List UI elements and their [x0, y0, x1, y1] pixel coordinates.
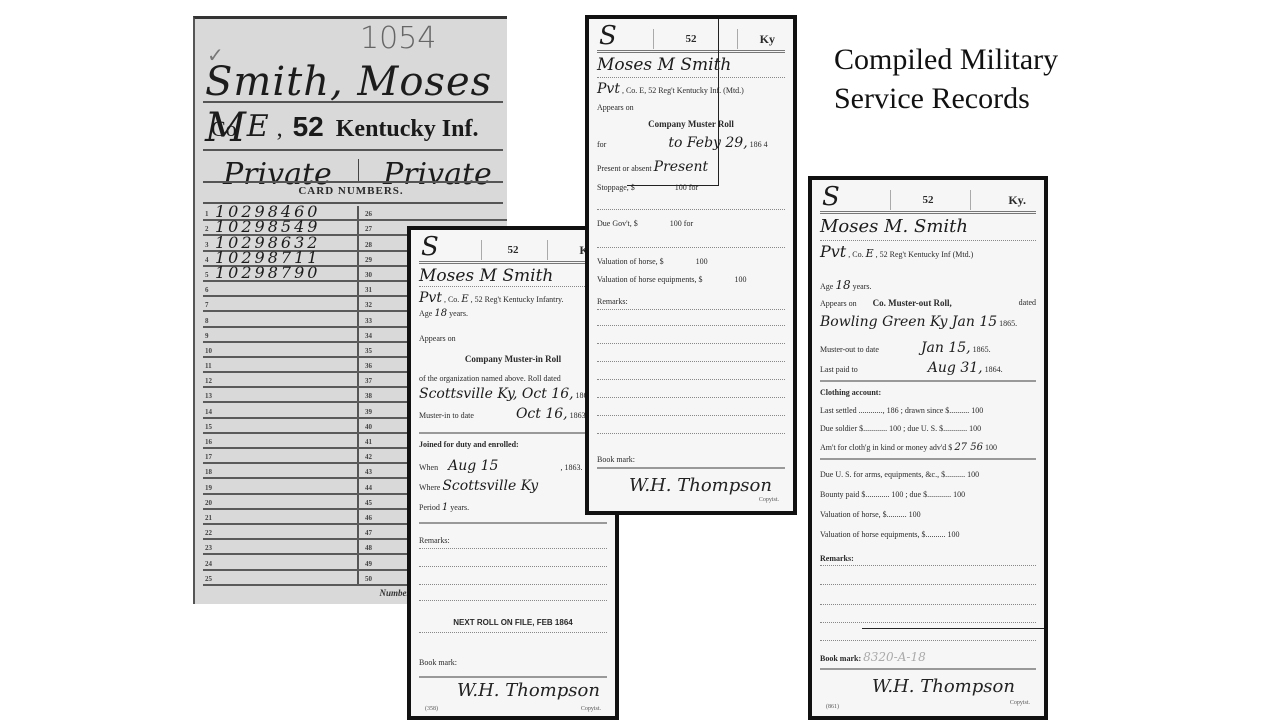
co-label: Co	[211, 116, 237, 141]
soldier-name: Moses M. Smith	[820, 216, 1036, 237]
last-settled: Last settled ............, 186 ; drawn s…	[820, 406, 1036, 415]
appears-on: Appears on	[820, 299, 857, 308]
age-label: Age	[820, 282, 833, 291]
period-value: 1	[442, 502, 448, 513]
roll-place-date: Scottsville Ky, Oct 16,	[419, 386, 574, 402]
due-soldier: Due soldier $............ 100 ; due U. S…	[820, 424, 1036, 433]
divider	[203, 149, 503, 151]
row-number: 48	[365, 544, 372, 552]
company: E	[866, 247, 874, 260]
rank: Pvt	[820, 242, 846, 261]
card-header: S 52 Ky.	[419, 236, 607, 264]
horse-label: Valuation of horse, $	[597, 257, 664, 266]
appears-on: Appears on	[419, 334, 607, 343]
clothing-label: Clothing account:	[820, 388, 1036, 397]
title-line-1: Compiled Military	[834, 40, 1058, 79]
row-number: 35	[365, 347, 372, 355]
row-number: 32	[365, 301, 372, 309]
row-number: 14	[205, 408, 212, 416]
roll-dated-text: of the organization named above. Roll da…	[419, 374, 607, 383]
last-paid-label: Last paid to	[820, 365, 858, 374]
row-number: 3	[205, 241, 209, 249]
last-paid-date: Aug 31,	[928, 360, 983, 376]
for-label: for	[597, 140, 606, 149]
due-govt-suffix: 100 for	[670, 219, 693, 228]
copyist-label: Copyist.	[759, 497, 779, 503]
card-header: S 52 Ky.	[820, 186, 1036, 214]
copyist-signature: W.H. Thompson	[457, 680, 600, 701]
amt-clothing-value: 27 56	[954, 442, 983, 453]
regiment-number: 52	[293, 111, 324, 142]
roll-type: Co. Muster-out Roll,	[873, 298, 952, 308]
horse-equip-suffix: 100	[735, 275, 747, 284]
unit-text: , 52 Reg't Kentucky Infantry.	[471, 295, 564, 304]
company-unit-line: Co E, 52 Kentucky Inf.	[211, 109, 478, 144]
divider	[203, 101, 503, 103]
slide-title: Compiled Military Service Records	[834, 40, 1058, 118]
when-year: , 1863.	[560, 463, 582, 472]
row-number: 39	[365, 408, 372, 416]
remarks-label: Remarks:	[820, 554, 1036, 563]
muster-out-date: Jan 15,	[921, 340, 971, 356]
row-number: 36	[365, 362, 372, 370]
header-divider	[970, 190, 971, 210]
row-number: 20	[205, 499, 212, 507]
state: Ky.	[1008, 193, 1026, 208]
muster-in-label: Muster-in to date	[419, 411, 474, 420]
state: Ky	[760, 32, 775, 47]
unit-name: Kentucky Inf.	[336, 116, 479, 142]
company: E	[461, 294, 468, 305]
header-divider	[737, 29, 738, 49]
book-mark-label: Book mark:	[419, 658, 607, 667]
title-line-2: Service Records	[834, 79, 1058, 118]
divider	[203, 181, 503, 183]
row-number: 34	[365, 332, 372, 340]
for-year: 186 4	[750, 140, 768, 149]
row-number: 43	[365, 468, 372, 476]
pencil-number: 1054	[360, 21, 436, 56]
when-value: Aug 15	[448, 458, 498, 474]
row-number: 16	[205, 438, 212, 446]
where-value: Scottsville Ky	[442, 478, 538, 494]
row-number: 42	[365, 453, 372, 461]
rank: Pvt	[419, 290, 442, 306]
horse-valuation: Valuation of horse, $.......... 100	[820, 510, 1036, 519]
row-number: 12	[205, 377, 212, 385]
row-number: 2	[205, 225, 209, 233]
row-number: 4	[205, 256, 209, 264]
joined-label: Joined for duty and enrolled:	[419, 440, 607, 449]
muster-roll-card: S 52 Ky Moses M Smith Pvt , Co. E, 52 Re…	[585, 15, 797, 515]
amt-clothing-label: Am't for cloth'g in kind or money adv'd …	[820, 443, 952, 452]
row-number: 23	[205, 544, 212, 552]
age-value: 18	[434, 308, 447, 319]
book-mark-value: 8320-A-18	[863, 650, 926, 664]
form-number: (861)	[826, 704, 839, 710]
remarks-label: Remarks:	[419, 536, 607, 545]
book-mark-label: Book mark:	[597, 455, 785, 464]
co-prefix: , Co.	[848, 250, 863, 259]
row-number: 6	[205, 286, 209, 294]
period-suffix: years.	[450, 503, 469, 512]
row-number: 31	[365, 286, 372, 294]
row-number: 5	[205, 271, 209, 279]
horse-equip-valuation: Valuation of horse equipments, $........…	[820, 530, 1036, 539]
row-number: 19	[205, 484, 212, 492]
next-roll-stamp: NEXT ROLL ON FILE, FEB 1864	[419, 618, 607, 627]
rank-divider	[358, 159, 359, 183]
book-mark-label: Book mark:	[820, 654, 861, 663]
age-suffix: years.	[853, 282, 872, 291]
row-number: 10	[205, 347, 212, 355]
age-value: 18	[835, 278, 850, 292]
roll-type: Company Muster-in Roll	[419, 354, 607, 364]
row-number: 40	[365, 423, 372, 431]
muster-out-label: Muster-out to date	[820, 345, 879, 354]
row-number: 17	[205, 453, 212, 461]
last-paid-year: 1864.	[985, 365, 1003, 374]
row-number: 44	[365, 484, 372, 492]
regiment: 52	[820, 194, 1036, 206]
form-number: (358)	[425, 706, 438, 712]
row-number: 7	[205, 301, 209, 309]
age-label: Age	[419, 309, 432, 318]
row-number: 24	[205, 560, 212, 568]
header-divider	[547, 240, 548, 260]
row-number: 13	[205, 392, 212, 400]
co-prefix: , Co.	[444, 295, 459, 304]
row-number: 50	[365, 575, 372, 583]
where-label: Where	[419, 483, 440, 492]
row-number: 9	[205, 332, 209, 340]
row-number: 47	[365, 529, 372, 537]
muster-out-year: 1865.	[973, 345, 991, 354]
row-number: 41	[365, 438, 372, 446]
muster-out-card: S 52 Ky. Moses M. Smith Pvt , Co. E , 52…	[808, 176, 1048, 720]
roll-place-date: Bowling Green Ky Jan 15	[820, 314, 997, 330]
row-number: 25	[205, 575, 212, 583]
bounty: Bounty paid $............ 100 ; due $...…	[820, 490, 1036, 499]
card-number-value: 10298790	[215, 263, 320, 282]
row-number: 30	[365, 271, 372, 279]
row-number: 37	[365, 377, 372, 385]
remarks-label: Remarks:	[597, 297, 785, 306]
row-number: 1	[205, 210, 209, 218]
row-number: 45	[365, 499, 372, 507]
row-number: 8	[205, 317, 209, 325]
overlay-frame	[627, 15, 719, 186]
row-number: 38	[365, 392, 372, 400]
unit-text: , 52 Reg't Kentucky Inf (Mtd.)	[876, 250, 974, 259]
row-number: 21	[205, 514, 212, 522]
dated-label: dated	[1019, 298, 1036, 307]
row-number: 49	[365, 560, 372, 568]
row-number: 33	[365, 317, 372, 325]
row-number: 18	[205, 468, 212, 476]
copyist-label: Copyist.	[1010, 700, 1030, 706]
card-numbers-title: CARD NUMBERS.	[195, 185, 507, 197]
horse-suffix: 100	[696, 257, 708, 266]
row-number: 22	[205, 529, 212, 537]
soldier-name: Moses M Smith	[419, 266, 607, 286]
muster-in-date: Oct 16,	[516, 406, 568, 422]
horse-equip-label: Valuation of horse equipments, $	[597, 275, 703, 284]
period-label: Period	[419, 503, 440, 512]
row-number: 28	[365, 241, 372, 249]
row-number: 11	[205, 362, 212, 370]
roll-year: 1865.	[999, 319, 1017, 328]
row-number: 46	[365, 514, 372, 522]
copyist-signature: W.H. Thompson	[629, 475, 772, 496]
row-number: 29	[365, 256, 372, 264]
rank: Pvt	[597, 81, 620, 97]
company-letter: E	[247, 109, 269, 144]
copyist-signature: W.H. Thompson	[872, 676, 1015, 697]
row-number: 15	[205, 423, 212, 431]
amt-clothing-suffix: 100	[985, 443, 997, 452]
when-label: When	[419, 463, 438, 472]
age-suffix: years.	[449, 309, 468, 318]
due-us-arms: Due U. S. for arms, equipments, &c., $..…	[820, 470, 1036, 479]
copyist-label: Copyist.	[581, 706, 601, 712]
due-govt-label: Due Gov't, $	[597, 219, 638, 228]
row-number: 26	[365, 210, 372, 218]
row-number: 27	[365, 225, 372, 233]
overlay-line	[862, 628, 1048, 629]
